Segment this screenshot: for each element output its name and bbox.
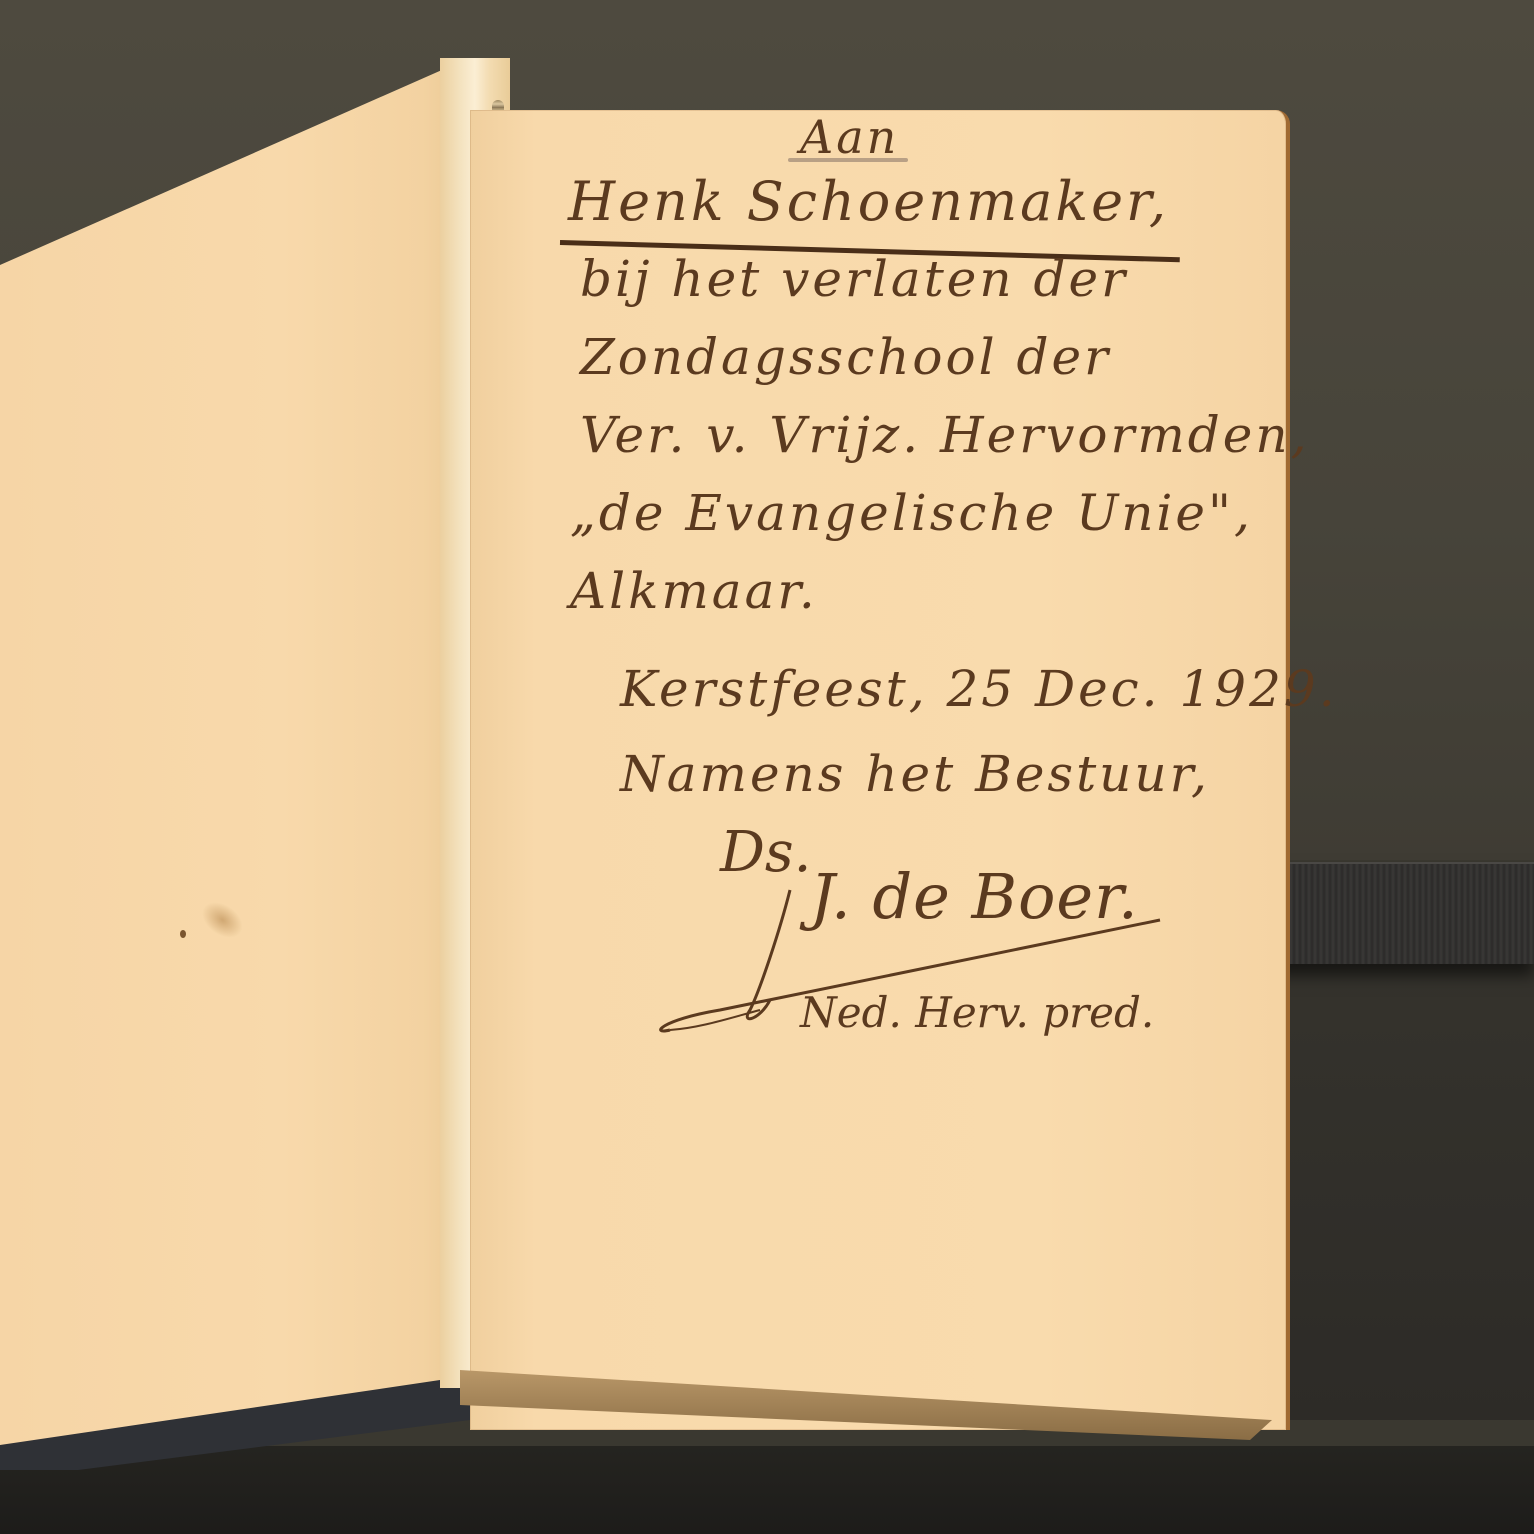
inscription-recipient: Henk Schoenmaker,: [568, 170, 1169, 233]
inscription-line: „de Evangelische Unie",: [570, 484, 1253, 542]
inscription-on-behalf: Namens het Bestuur,: [620, 745, 1210, 803]
shelf-ledge: [0, 1446, 1534, 1534]
woven-strap: [1276, 862, 1534, 964]
inscription-date: Kerstfeest, 25 Dec. 1929.: [620, 660, 1338, 718]
inscription-line: Alkmaar.: [570, 562, 818, 620]
signature-block: Ds. J. de Boer. Ned. Herv. pred.: [700, 820, 1200, 1100]
inscription-salutation: Aan: [800, 110, 899, 164]
foxing-dot: [180, 930, 186, 938]
inscription-line: Ver. v. Vrijz. Hervormden,: [580, 406, 1310, 464]
salutation-underline: [788, 158, 908, 162]
signature-title: Ned. Herv. pred.: [800, 988, 1154, 1037]
inscription-line: bij het verlaten der: [580, 250, 1128, 308]
inscription-line: Zondagsschool der: [580, 328, 1111, 386]
